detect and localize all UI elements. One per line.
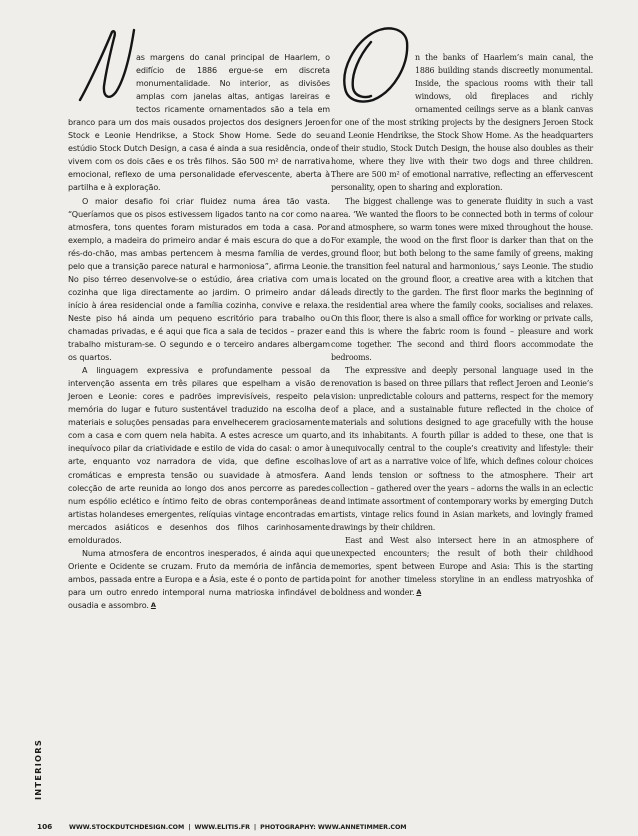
footer-separator: | bbox=[254, 824, 256, 831]
end-mark-icon: A bbox=[151, 601, 156, 609]
paragraph-4: Numa atmosfera de encontros inesperados,… bbox=[68, 549, 330, 610]
page-number: 106 bbox=[37, 822, 69, 831]
paragraph-4-wrapper: East and West also intersect here in an … bbox=[331, 534, 593, 599]
article-english: n the banks of Haarlem’s main canal, the… bbox=[331, 0, 593, 599]
dropcap-n-icon bbox=[74, 26, 142, 106]
article-portuguese: as margens do canal principal de Haarlem… bbox=[68, 0, 330, 612]
footer-link-stockdutchdesign[interactable]: WWW.STOCKDUTCHDESIGN.COM bbox=[69, 824, 184, 831]
footer-link-elitis[interactable]: WWW.ELITIS.FR bbox=[194, 824, 249, 831]
dropcap-o-icon bbox=[337, 26, 415, 106]
paragraph-2: The biggest challenge was to generate fl… bbox=[331, 195, 593, 365]
paragraph-4-wrapper: Numa atmosfera de encontros inesperados,… bbox=[68, 547, 330, 612]
paragraph-3: The expressive and deeply personal langu… bbox=[331, 364, 593, 534]
paragraph-2: O maior desafio foi criar fluidez numa á… bbox=[68, 195, 330, 365]
paragraph-3: A linguagem expressiva e profundamente p… bbox=[68, 364, 330, 547]
paragraph-4: East and West also intersect here in an … bbox=[331, 536, 593, 597]
end-mark-icon: A bbox=[416, 588, 421, 596]
magazine-page: as margens do canal principal de Haarlem… bbox=[0, 0, 638, 836]
footer-separator: | bbox=[188, 824, 190, 831]
section-label: INTERIORS bbox=[33, 739, 43, 800]
footer-photography-credit[interactable]: PHOTOGRAPHY: WWW.ANNETIMMER.COM bbox=[260, 824, 406, 831]
page-footer: 106 WWW.STOCKDUTCHDESIGN.COM | WWW.ELITI… bbox=[37, 822, 407, 831]
